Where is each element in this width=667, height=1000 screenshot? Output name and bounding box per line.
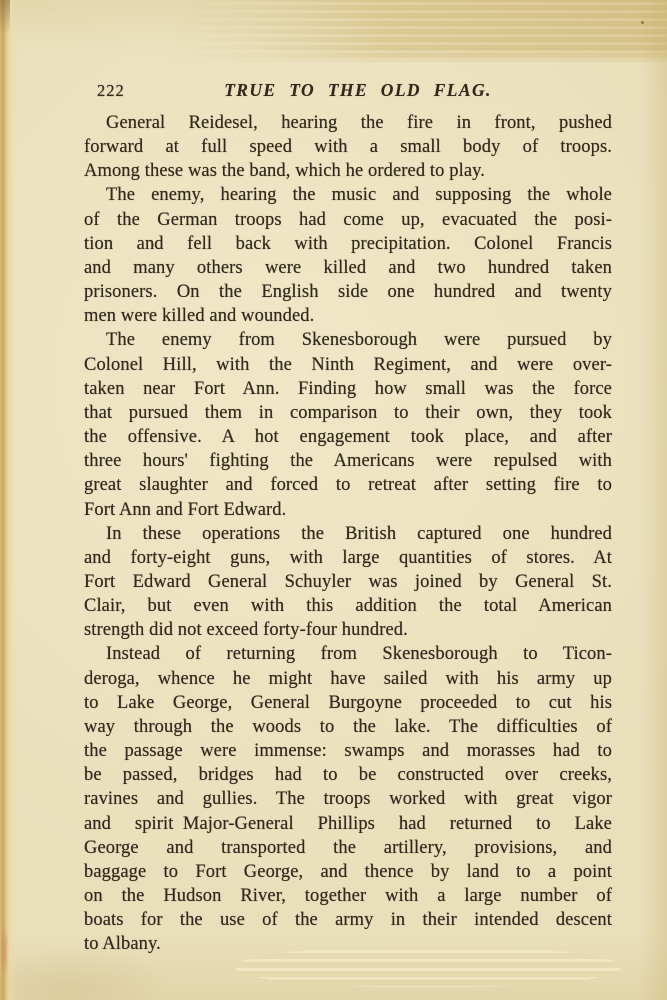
- text-line: Fort Ann and Fort Edward.: [84, 498, 612, 522]
- text-line: the offensive. A hot engagement took pla…: [84, 425, 612, 449]
- text-line: baggage to Fort George, and thence by la…: [84, 860, 612, 884]
- text-line: of the German troops had come up, evacua…: [84, 208, 612, 232]
- text-line: General Reidesel, hearing the fire in fr…: [84, 111, 612, 135]
- page-curl-highlight: [170, 0, 667, 62]
- text-line: taken near Fort Ann. Finding how small w…: [84, 377, 612, 401]
- ink-speck: [641, 21, 644, 24]
- text-line: deroga, whence he might have sailed with…: [84, 667, 612, 691]
- text-line: The enemy from Skenesborough were pursue…: [84, 328, 612, 352]
- text-line: Among these was the band, which he order…: [84, 159, 612, 183]
- page-number: 222: [97, 81, 125, 101]
- text-line: forward at full speed with a small body …: [84, 135, 612, 159]
- text-line: The enemy, hearing the music and supposi…: [84, 183, 612, 207]
- text-line: strength did not exceed forty-four hundr…: [84, 618, 612, 642]
- text-line: and spirit Major-General Phillips had re…: [84, 812, 612, 836]
- book-gutter-edge: [0, 0, 16, 1000]
- text-line: Fort Edward General Schuyler was joined …: [84, 570, 612, 594]
- paragraph: In these operations the British captured…: [84, 522, 612, 643]
- text-line: great slaughter and forced to retreat af…: [84, 473, 612, 497]
- text-line: and forty-eight guns, with large quantit…: [84, 546, 612, 570]
- text-line: that pursued them in comparison to their…: [84, 401, 612, 425]
- text-line: prisoners. On the English side one hundr…: [84, 280, 612, 304]
- text-line: men were killed and wounded.: [84, 304, 612, 328]
- book-page-scan: 222 TRUE TO THE OLD FLAG. General Reides…: [0, 0, 667, 1000]
- page-right-shade: [639, 0, 667, 1000]
- paragraph: The enemy from Skenesborough were pursue…: [84, 328, 612, 521]
- text-line: Clair, but even with this addition the t…: [84, 594, 612, 618]
- text-line: ravines and gullies. The troops worked w…: [84, 787, 612, 811]
- body-text: General Reidesel, hearing the fire in fr…: [84, 111, 612, 956]
- paragraph: The enemy, hearing the music and supposi…: [84, 183, 612, 328]
- text-line: George and transported the artillery, pr…: [84, 836, 612, 860]
- text-line: to Lake George, General Burgoyne proceed…: [84, 691, 612, 715]
- text-line: and many others were killed and two hund…: [84, 256, 612, 280]
- text-line: Colonel Hill, with the Ninth Regiment, a…: [84, 353, 612, 377]
- text-line: boats for the use of the army in their i…: [84, 908, 612, 932]
- text-line: to Albany.: [84, 932, 612, 956]
- paragraph: General Reidesel, hearing the fire in fr…: [84, 111, 612, 183]
- text-line: three hours' fighting the Americans were…: [84, 449, 612, 473]
- paragraph: Instead of returning from Skenesborough …: [84, 642, 612, 956]
- text-line: In these operations the British captured…: [84, 522, 612, 546]
- running-header-title: TRUE TO THE OLD FLAG.: [84, 80, 612, 101]
- text-line: be passed, bridges had to be constructed…: [84, 763, 612, 787]
- text-line: Instead of returning from Skenesborough …: [84, 642, 612, 666]
- text-line: way through the woods to the lake. The d…: [84, 715, 612, 739]
- text-line: tion and fell back with precipitation. C…: [84, 232, 612, 256]
- text-line: the passage were immense: swamps and mor…: [84, 739, 612, 763]
- running-header: 222 TRUE TO THE OLD FLAG.: [84, 80, 612, 100]
- text-line: on the Hudson River, together with a lar…: [84, 884, 612, 908]
